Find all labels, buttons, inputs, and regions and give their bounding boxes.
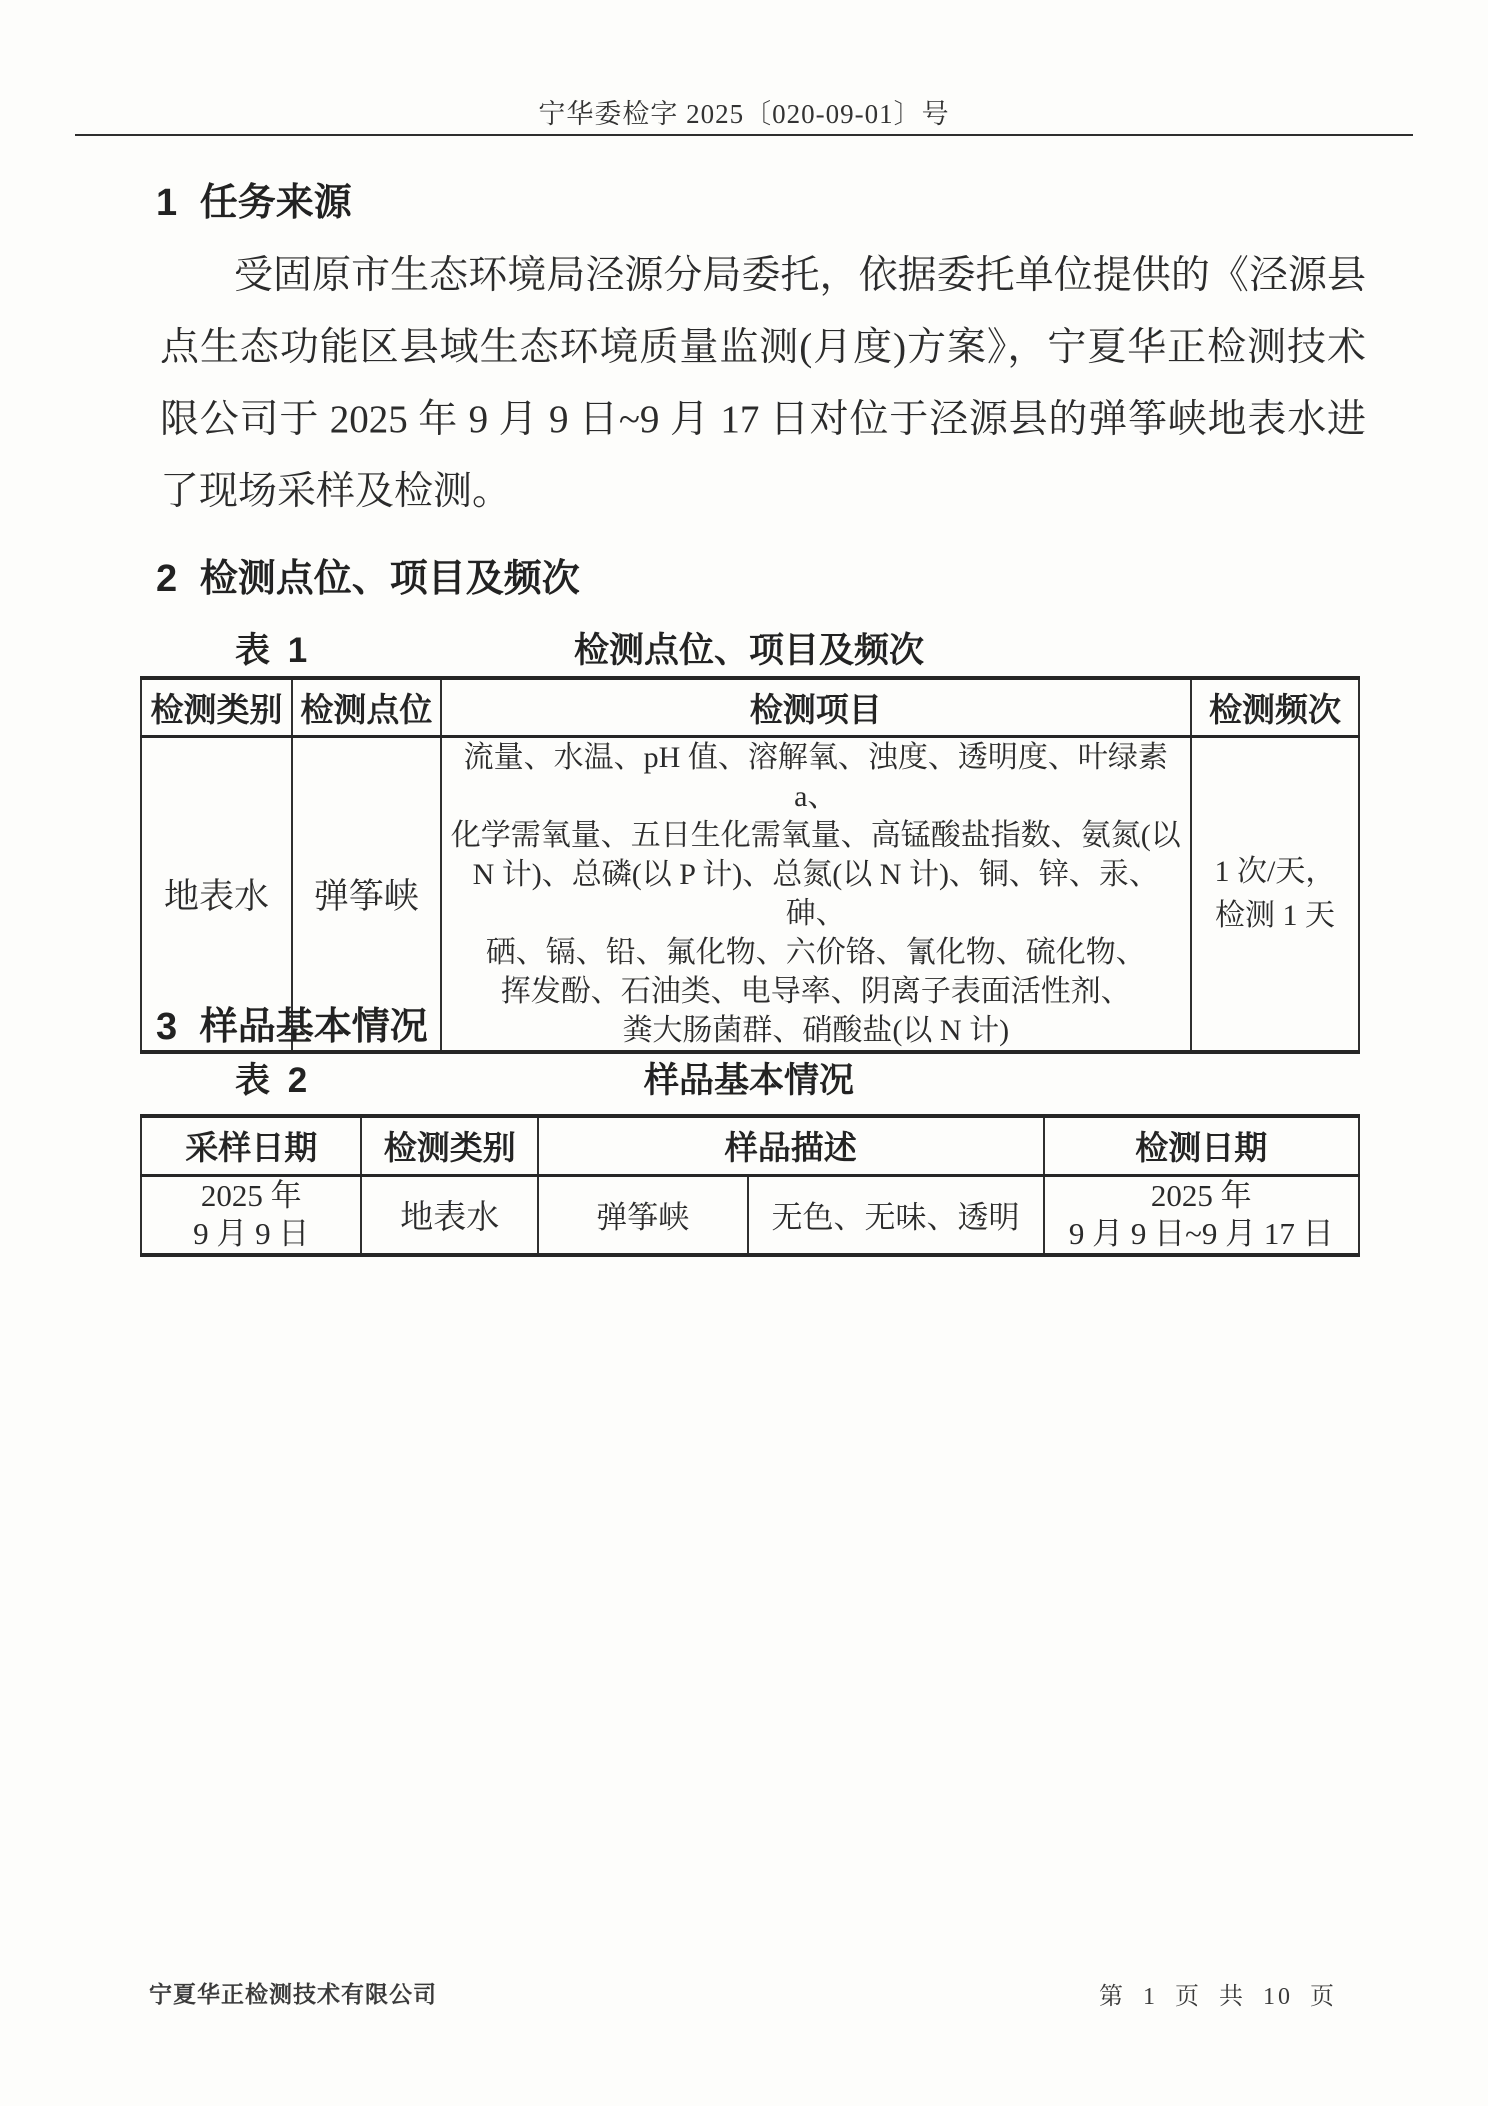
table-2-header-sampling-date: 采样日期 (141, 1116, 361, 1175)
table-row: 2025 年 9 月 9 日 地表水 弹筝峡 无色、无味、透明 2025 年 9… (141, 1175, 1359, 1255)
items-line: 硒、镉、铅、氟化物、六价铬、氰化物、硫化物、 (446, 933, 1186, 972)
sampling-date-line: 9 月 9 日 (146, 1215, 356, 1253)
document-reference-number: 宁华委检字 2025〔020-09-01〕号 (0, 92, 1488, 131)
cell-site: 弹筝峡 (538, 1175, 747, 1255)
test-date-line: 2025 年 (1049, 1177, 1354, 1215)
test-date-line: 9 月 9 日~9 月 17 日 (1049, 1215, 1354, 1253)
paragraph-line: 点生态功能区县域生态环境质量监测(月度)方案》，宁夏华正检测技术有 (160, 312, 1366, 384)
items-line: 流量、水温、pH 值、溶解氧、浊度、透明度、叶绿素 a、 (446, 738, 1186, 816)
header-divider (75, 134, 1413, 136)
section-1-heading: 1 任务来源 (156, 184, 352, 222)
cell-description: 无色、无味、透明 (748, 1175, 1044, 1255)
items-line: N 计)、总磷(以 P 计)、总氮(以 N 计)、铜、锌、汞、砷、 (446, 855, 1186, 933)
table-2-label: 表 2 (235, 1060, 307, 1102)
paragraph-line: 受固原市生态环境局泾源分局委托，依据委托单位提供的《泾源县重 (160, 240, 1366, 312)
table-1-title: 检测点位、项目及频次 (574, 631, 924, 670)
table-2-title: 样品基本情况 (644, 1061, 854, 1100)
items-line: 挥发酚、石油类、电导率、阴离子表面活性剂、 (446, 972, 1186, 1011)
sampling-date-line: 2025 年 (146, 1177, 356, 1215)
cell-category: 地表水 (361, 1175, 538, 1255)
table-2-header-category: 检测类别 (361, 1116, 538, 1175)
table-1-header-items: 检测项目 (441, 678, 1191, 736)
section-2-heading: 2 检测点位、项目及频次 (156, 560, 580, 598)
sample-info-table: 采样日期 检测类别 样品描述 检测日期 2025 年 9 月 9 日 地表水 弹… (140, 1114, 1360, 1257)
items-line: 化学需氧量、五日生化需氧量、高锰酸盐指数、氨氮(以 (446, 816, 1186, 855)
table-1-header-frequency: 检测频次 (1191, 678, 1359, 736)
cell-test-date: 2025 年 9 月 9 日~9 月 17 日 (1044, 1175, 1359, 1255)
cell-items: 流量、水温、pH 值、溶解氧、浊度、透明度、叶绿素 a、 化学需氧量、五日生化需… (441, 736, 1191, 1052)
paragraph-line: 了现场采样及检测。 (160, 456, 1366, 528)
table-1-caption: 表 1 检测点位、项目及频次 (140, 630, 1358, 672)
items-line: 粪大肠菌群、硝酸盐(以 N 计) (446, 1011, 1186, 1050)
paragraph-line: 限公司于 2025 年 9 月 9 日~9 月 17 日对位于泾源县的弹筝峡地表… (160, 384, 1366, 456)
table-1-header-row: 检测类别 检测点位 检测项目 检测频次 (141, 678, 1359, 736)
table-2-caption: 表 2 样品基本情况 (140, 1060, 1358, 1102)
monitoring-points-table: 检测类别 检测点位 检测项目 检测频次 地表水 弹筝峡 流量、水温、pH 值、溶… (140, 676, 1360, 1054)
table-1-label: 表 1 (235, 630, 307, 672)
table-row: 地表水 弹筝峡 流量、水温、pH 值、溶解氧、浊度、透明度、叶绿素 a、 化学需… (141, 736, 1359, 1052)
table-1-header-site: 检测点位 (292, 678, 441, 736)
table-2-header-test-date: 检测日期 (1044, 1116, 1359, 1175)
cell-sampling-date: 2025 年 9 月 9 日 (141, 1175, 361, 1255)
section-3-heading: 3 样品基本情况 (156, 1008, 428, 1046)
frequency-line: 检测 1 天 (1196, 894, 1354, 938)
report-page: 宁华委检字 2025〔020-09-01〕号 1 任务来源 受固原市生态环境局泾… (0, 0, 1488, 2106)
footer-page-number: 第 1 页 共 10 页 (1099, 1976, 1337, 2011)
task-source-paragraph: 受固原市生态环境局泾源分局委托，依据委托单位提供的《泾源县重 点生态功能区县域生… (160, 240, 1366, 528)
table-1-header-category: 检测类别 (141, 678, 292, 736)
footer-company-name: 宁夏华正检测技术有限公司 (149, 1976, 437, 2009)
cell-site: 弹筝峡 (292, 736, 441, 1052)
table-2-header-row: 采样日期 检测类别 样品描述 检测日期 (141, 1116, 1359, 1175)
table-2-header-description: 样品描述 (538, 1116, 1043, 1175)
cell-frequency: 1 次/天， 检测 1 天 (1191, 736, 1359, 1052)
frequency-line: 1 次/天， (1196, 850, 1354, 894)
cell-category: 地表水 (141, 736, 292, 1052)
